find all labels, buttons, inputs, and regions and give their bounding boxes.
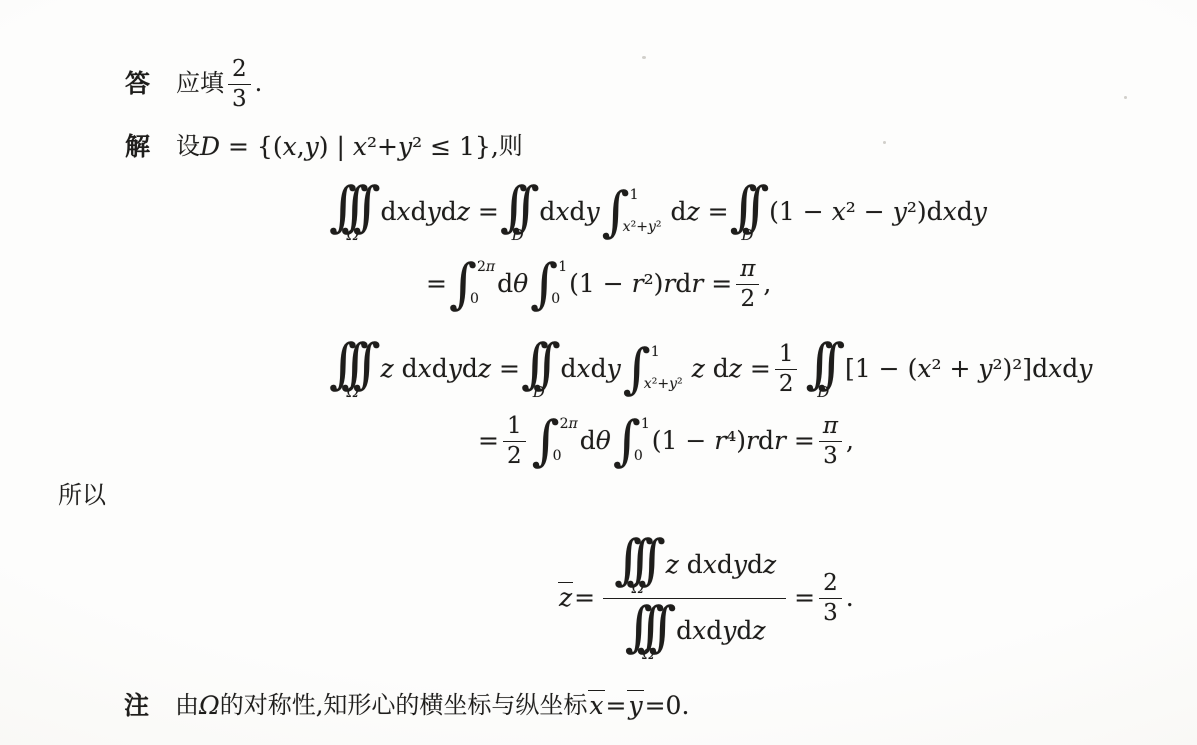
math-char: Ω <box>347 226 359 244</box>
math-char: 2 <box>477 259 486 275</box>
upper-limit: 2π <box>560 417 578 431</box>
math-char: y <box>973 197 987 226</box>
math-char: Ω <box>199 691 220 720</box>
integral: ∫10 <box>530 258 567 309</box>
lower-limit: x²+y² <box>644 377 683 391</box>
integral-domain: Ω <box>632 581 644 596</box>
math-char: , <box>297 132 305 161</box>
math-char: d <box>462 354 478 383</box>
math-char: − <box>803 197 824 226</box>
math-char: y <box>733 550 747 579</box>
math-char: 1 <box>651 344 660 360</box>
fraction-numerator: π <box>736 257 759 284</box>
math-char: r <box>774 426 786 455</box>
math-char: d <box>497 269 513 298</box>
math-char: x <box>943 197 957 226</box>
math-run: = <box>574 584 595 613</box>
math-char <box>705 354 713 383</box>
bold-section-label: 答 <box>125 70 150 99</box>
upper-limit: 2π <box>477 260 495 274</box>
math-char: r <box>632 269 644 298</box>
math-run: =0. <box>645 692 690 721</box>
math-char: = <box>478 426 499 455</box>
math-char: ( <box>908 354 918 383</box>
math-char: d <box>539 197 555 226</box>
integral-limits: 10 <box>558 258 567 309</box>
math-char <box>422 132 430 161</box>
integral-domain: D <box>533 385 545 400</box>
math-char: ² <box>367 132 377 161</box>
math-char: d <box>411 197 427 226</box>
math-run: z dz = <box>692 355 771 384</box>
display-fraction-denominator: ∫∫∫Ωdxdydz <box>614 599 776 664</box>
math-char: D <box>533 383 545 401</box>
math-char: d <box>670 197 686 226</box>
math-char: 0 <box>553 448 562 464</box>
math-char: 1 <box>662 426 678 455</box>
math-run: z dxdydz = <box>380 355 519 384</box>
math-char: d <box>432 354 448 383</box>
math-char: π <box>486 259 495 275</box>
math-char: + <box>377 132 398 161</box>
math-char: Ω <box>632 579 644 597</box>
text-run: 由 <box>175 692 199 720</box>
bold-section-label: 解 <box>125 133 150 162</box>
scan-speck <box>883 141 886 144</box>
math-char: d <box>717 550 733 579</box>
fraction-numerator: 1 <box>503 414 526 441</box>
lower-limit: 0 <box>470 292 488 306</box>
math-run: Ω <box>199 692 220 721</box>
fraction: π2 <box>736 257 759 310</box>
math-char: y <box>978 354 992 383</box>
math-char: 1 <box>558 259 567 275</box>
math-char: D <box>741 226 753 244</box>
math-char: θ <box>596 426 611 455</box>
math-char: r <box>691 269 703 298</box>
fraction-numerator: 2 <box>228 57 251 84</box>
math-char: r <box>714 426 726 455</box>
math-char: d <box>747 550 763 579</box>
fraction-numerator: 1 <box>775 342 798 369</box>
math-char <box>624 269 632 298</box>
math-char: y <box>305 132 319 161</box>
math-char <box>856 197 864 226</box>
math-run: , <box>763 270 771 299</box>
math-char: d <box>380 197 396 226</box>
scanned-textbook-page: 答应填23. 解设 D = {(x,y) | x²+y² ≤ 1},则 ∫∫∫Ω… <box>0 0 1197 745</box>
math-char <box>742 354 750 383</box>
math-char <box>329 132 337 161</box>
math-char: = <box>574 583 595 612</box>
math-char: d <box>570 197 586 226</box>
math-char: , <box>491 132 499 161</box>
math-char: d <box>402 354 418 383</box>
fraction: 12 <box>775 342 798 395</box>
overbar-variable: x <box>587 692 605 721</box>
math-char: + <box>949 354 970 383</box>
math-run: (1 − r²)rdr = <box>569 270 732 299</box>
math-char: ) <box>736 426 746 455</box>
math-char: + <box>657 376 669 392</box>
fraction-numerator: π <box>819 414 842 441</box>
multiple-integral: ∫∫∫Ω <box>329 181 376 242</box>
multiple-integral: ∫∫D <box>521 338 557 399</box>
math-char: x <box>283 132 297 161</box>
math-char: x <box>577 354 591 383</box>
math-run: (1 − r⁴)rdr = <box>652 427 815 456</box>
math-char <box>595 269 603 298</box>
math-char: 3 <box>232 86 247 112</box>
lower-limit: x²+y² <box>623 220 662 234</box>
math-char <box>491 354 499 383</box>
math-char: d <box>927 197 943 226</box>
math-char <box>786 426 794 455</box>
integral-limits: 2π0 <box>560 415 578 466</box>
math-char: r <box>746 426 758 455</box>
equation-moment-part1: ∫∫∫Ωz dxdydz = ∫∫Ddxdy∫1x²+y²z dz = 12∫∫… <box>328 328 1092 410</box>
math-char: d <box>676 616 692 645</box>
math-char: 0 <box>666 691 682 720</box>
math-run: dθ <box>497 270 528 299</box>
upper-limit: 1 <box>558 260 567 274</box>
spacer <box>150 84 176 85</box>
integral: ∫1x²+y² <box>623 343 690 394</box>
math-run: = <box>478 427 499 456</box>
fraction: π3 <box>819 414 842 467</box>
math-char <box>824 197 832 226</box>
integral: ∫10 <box>613 415 650 466</box>
math-char: z <box>763 550 776 579</box>
math-char: 1 <box>779 341 794 367</box>
math-char: ) <box>654 269 664 298</box>
math-char: [ <box>845 354 855 383</box>
math-char: 0 <box>470 291 479 307</box>
math-char: z <box>687 197 700 226</box>
math-char: z <box>380 354 393 383</box>
math-char <box>795 197 803 226</box>
math-char: ² <box>1012 354 1022 383</box>
integral-domain: D <box>741 228 753 243</box>
math-run: (1 − x² − y²)dxdy <box>769 198 987 227</box>
math-char: = <box>426 269 447 298</box>
math-run: . <box>846 584 854 613</box>
math-char: 2 <box>232 56 247 82</box>
scan-speck <box>1124 96 1127 99</box>
math-run: dxdydz = <box>380 198 498 227</box>
math-char: = <box>794 426 815 455</box>
upper-limit: 1 <box>651 345 690 359</box>
math-char: ≤ <box>430 132 451 161</box>
math-char: 2 <box>779 371 794 397</box>
math-run: [1 − (x² + y²)²]dxdy <box>845 355 1092 384</box>
multiple-integral: ∫∫∫Ω <box>625 601 672 662</box>
math-char <box>871 354 879 383</box>
math-char: ) <box>917 197 927 226</box>
math-char: θ <box>513 269 528 298</box>
multiple-integral: ∫∫∫Ω <box>614 534 661 595</box>
math-run: dxdydz <box>676 617 765 646</box>
math-char: y <box>586 197 600 226</box>
fraction-denominator: 3 <box>232 85 247 111</box>
math-char: 1 <box>630 187 639 203</box>
math-char: ² <box>644 269 654 298</box>
symmetry-note-line: 注由 Ω 的对称性,知形心的横坐标与纵坐标 x=y=0. <box>124 686 689 726</box>
integral: ∫2π0 <box>532 415 578 466</box>
integral-domain: Ω <box>347 385 359 400</box>
bold-section-label: 注 <box>124 692 149 721</box>
math-char: x <box>917 354 931 383</box>
math-char: y <box>607 354 621 383</box>
math-char: ) <box>1003 354 1013 383</box>
fraction-denominator: 2 <box>507 442 522 468</box>
spacer <box>801 369 804 370</box>
math-char: x <box>555 197 569 226</box>
math-char: x <box>1048 354 1062 383</box>
math-char <box>470 197 478 226</box>
text-run: 应填 <box>176 70 224 98</box>
fraction-denominator: 3 <box>823 442 838 468</box>
math-char: ) <box>319 132 329 161</box>
math-char: y <box>398 132 412 161</box>
math-char: ( <box>769 197 779 226</box>
therefore-label: 所以 <box>58 478 106 514</box>
math-char <box>900 354 908 383</box>
math-char: 1 <box>641 416 650 432</box>
math-char: = <box>794 583 815 612</box>
math-char: = <box>228 132 249 161</box>
math-char: z <box>457 197 470 226</box>
math-char: y <box>448 354 462 383</box>
math-char <box>220 132 228 161</box>
math-char: z <box>692 354 705 383</box>
math-char: D <box>817 383 829 401</box>
math-run: = <box>794 584 815 613</box>
math-run: dxdy <box>539 198 599 227</box>
math-char: 0 <box>551 291 560 307</box>
math-char: π <box>569 416 578 432</box>
math-run: dxdy <box>561 355 621 384</box>
math-char: 3 <box>823 600 838 626</box>
multiple-integral: ∫∫D <box>500 181 536 242</box>
math-char: x <box>692 616 706 645</box>
math-char: x <box>353 132 367 161</box>
math-char: − <box>685 426 706 455</box>
math-char: x <box>396 197 410 226</box>
fraction: 12 <box>503 414 526 467</box>
math-char: y <box>1078 354 1092 383</box>
fraction-numerator: 2 <box>819 571 842 598</box>
math-char: 1 <box>779 197 795 226</box>
integral-domain: Ω <box>347 228 359 243</box>
math-char: y <box>669 376 677 392</box>
spacer <box>149 706 175 707</box>
math-char: 1 <box>579 269 595 298</box>
math-char: r <box>663 269 675 298</box>
math-run: , <box>846 427 854 456</box>
math-char: d <box>713 354 729 383</box>
text-run: . <box>255 70 263 98</box>
math-char: ² <box>846 197 856 226</box>
math-char: z <box>752 616 765 645</box>
math-char: ² <box>907 197 917 226</box>
lower-limit: 0 <box>634 449 643 463</box>
math-char <box>451 132 459 161</box>
math-char: − <box>864 197 885 226</box>
math-char: d <box>758 426 774 455</box>
spacer <box>150 147 176 148</box>
math-char: = <box>708 197 729 226</box>
math-char <box>885 197 893 226</box>
math-char <box>345 132 353 161</box>
math-char: d <box>591 354 607 383</box>
math-char: x <box>644 376 652 392</box>
math-char: , <box>846 426 854 455</box>
math-char: d <box>706 616 722 645</box>
math-char: ( <box>569 269 579 298</box>
integral-domain: Ω <box>642 647 654 662</box>
equation-moment-part2: = 12∫2π0dθ∫10(1 − r⁴)rdr = π3, <box>478 408 854 474</box>
math-char: = <box>499 354 520 383</box>
math-char: = <box>750 354 771 383</box>
multiple-integral: ∫∫∫Ω <box>329 338 376 399</box>
equation-volume-part2: = ∫2π0dθ∫10(1 − r²)rdr = π2, <box>426 251 771 317</box>
math-char: Ω <box>642 645 654 663</box>
text-run: 则 <box>499 133 523 161</box>
math-char: ² <box>656 219 662 235</box>
math-char: ² <box>412 132 422 161</box>
math-run: dθ <box>580 427 611 456</box>
math-char: = <box>711 269 732 298</box>
math-char: 2 <box>740 286 755 312</box>
scan-speck <box>642 56 646 59</box>
math-char: y <box>722 616 736 645</box>
overbar-variable: y <box>626 692 644 721</box>
math-char: Ω <box>347 383 359 401</box>
centroid-z-equation: z= ∫∫∫Ωz dxdydz∫∫∫Ωdxdydz = 23. <box>557 518 854 678</box>
answer-line: 答应填23. <box>125 49 262 119</box>
math-char: 1 <box>855 354 871 383</box>
math-char: = <box>478 197 499 226</box>
text-run: 所以 <box>58 482 106 510</box>
integral: ∫2π0 <box>449 258 495 309</box>
lower-limit: 0 <box>553 449 571 463</box>
math-run: = <box>426 270 447 299</box>
math-char <box>700 197 708 226</box>
math-char: d <box>1032 354 1048 383</box>
math-char: } <box>475 132 491 161</box>
math-char: d <box>957 197 973 226</box>
math-char: + <box>636 219 648 235</box>
solution-setup-line: 解设 D = {(x,y) | x²+y² ≤ 1},则 <box>125 124 523 170</box>
math-char: π <box>823 413 838 439</box>
text-run: 的对称性,知形心的横坐标与纵坐标 <box>220 692 588 720</box>
math-char: 1 <box>459 132 475 161</box>
math-char: ( <box>273 132 283 161</box>
math-char: x <box>418 354 432 383</box>
upper-limit: 1 <box>630 188 669 202</box>
upper-limit: 1 <box>641 417 650 431</box>
equation-volume-part1: ∫∫∫Ωdxdydz = ∫∫Ddxdy∫1x²+y²dz = ∫∫D(1 − … <box>328 171 987 253</box>
math-char: z <box>729 354 742 383</box>
fraction-denominator: 2 <box>779 370 794 396</box>
math-char: d <box>1062 354 1078 383</box>
math-char: d <box>675 269 691 298</box>
math-char: d <box>561 354 577 383</box>
fraction: 23 <box>228 57 251 110</box>
fraction-denominator: 2 <box>740 285 755 311</box>
math-char: { <box>257 132 273 161</box>
math-char: D <box>512 226 524 244</box>
math-char: d <box>580 426 596 455</box>
math-char: 1 <box>507 413 522 439</box>
math-char: x <box>623 219 631 235</box>
math-char: ² <box>677 376 683 392</box>
math-char: y <box>427 197 441 226</box>
math-char <box>249 132 257 161</box>
math-char: z <box>478 354 491 383</box>
math-char: 2 <box>823 570 838 596</box>
math-run: dz = <box>670 198 728 227</box>
text-run: 设 <box>176 133 200 161</box>
fraction: 23 <box>819 571 842 624</box>
display-fraction: ∫∫∫Ωz dxdydz∫∫∫Ωdxdydz <box>603 532 786 663</box>
math-char: ² <box>992 354 1002 383</box>
math-char: ( <box>652 426 662 455</box>
fraction-denominator: 3 <box>823 599 838 625</box>
math-run: = <box>606 692 627 721</box>
math-char <box>679 550 687 579</box>
math-char: ⁴ <box>726 426 736 455</box>
math-char: ] <box>1022 354 1032 383</box>
math-char: 0 <box>634 448 643 464</box>
multiple-integral: ∫∫D <box>805 338 841 399</box>
integral-domain: D <box>817 385 829 400</box>
math-char: d <box>441 197 457 226</box>
math-char <box>394 354 402 383</box>
math-char: y <box>648 219 656 235</box>
math-char: = <box>645 691 666 720</box>
math-char: , <box>763 269 771 298</box>
integral: ∫1x²+y² <box>602 186 669 237</box>
math-char: π <box>740 256 755 282</box>
math-char: ² <box>931 354 941 383</box>
math-char: − <box>603 269 624 298</box>
math-char: 2 <box>560 416 569 432</box>
display-fraction-numerator: ∫∫∫Ωz dxdydz <box>603 532 786 597</box>
math-char: 2 <box>507 443 522 469</box>
integral-limits: 2π0 <box>477 258 495 309</box>
math-char: 3 <box>823 443 838 469</box>
math-char: x <box>703 550 717 579</box>
integral-limits: 10 <box>641 415 650 466</box>
integral-domain: D <box>512 228 524 243</box>
multiple-integral: ∫∫D <box>730 181 766 242</box>
math-run: z dxdydz <box>666 551 777 580</box>
math-char: x <box>832 197 846 226</box>
math-char: | <box>337 132 345 161</box>
math-char: − <box>879 354 900 383</box>
math-char: . <box>681 691 689 720</box>
math-char: D <box>200 132 220 161</box>
overbar-variable: z <box>557 584 574 613</box>
integral-limits: 1x²+y² <box>651 343 690 394</box>
math-char: z <box>666 550 679 579</box>
math-char: y <box>893 197 907 226</box>
math-char: . <box>846 583 854 612</box>
lower-limit: 0 <box>551 292 560 306</box>
math-char: = <box>606 691 627 720</box>
